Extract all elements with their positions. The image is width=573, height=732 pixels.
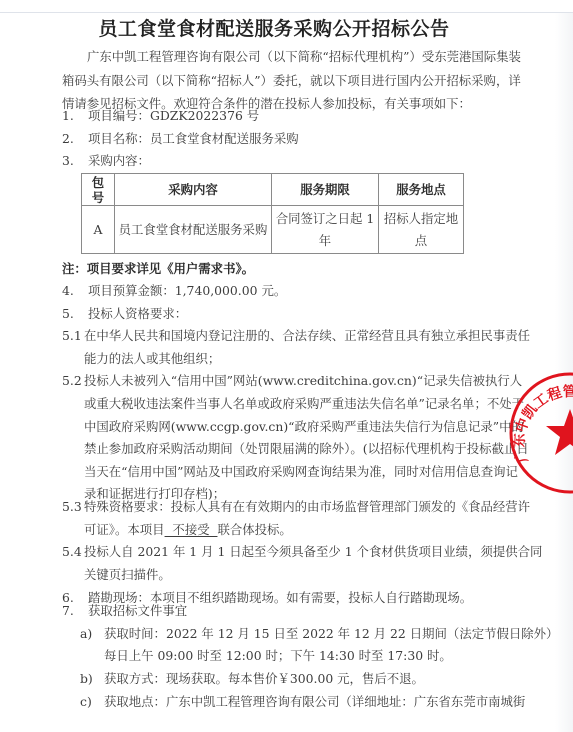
req-5-2-line-5: 当天在“信用中国”网站及中国政府采购网查询结果为准，同时对信用信息查询记 — [84, 463, 518, 481]
req-5-2-line-1: 投标人未被列入“信用中国”网站(www.creditchina.gov.cn)“… — [84, 372, 522, 390]
obtain-time-line-2: 每日上午 09:00 时至 12:00 时；下午 14:30 时至 17:30 … — [104, 647, 452, 665]
document-title: 员工食堂食材配送服务采购公开招标公告 — [0, 14, 548, 41]
req-5-2-line-3: 中国政府采购网(www.ccgp.gov.cn)“政府采购严重违法失信行为信息记… — [84, 418, 524, 436]
header-package-no: 包 号 — [82, 174, 115, 206]
cell-location: 招标人指定地 点 — [379, 206, 464, 254]
item-number: 4. — [62, 282, 74, 300]
item-number: 7. — [62, 602, 74, 620]
intro-line-2: 箱码头有限公司（以下简称“招标人”）委托，就以下项目进行国内公开招标采购，详 — [62, 72, 521, 90]
company-seal-icon: 广东中凯工程管理咨 — [508, 371, 573, 495]
item-number: 5. — [62, 305, 74, 323]
obtain-time-line-1: 获取时间：2022 年 12 月 15 日至 2022 年 12 月 22 日期… — [104, 625, 558, 643]
item-number: 3. — [62, 152, 74, 170]
req-5-4-line-1: 投标人自 2021 年 1 月 1 日起至今须具备至少 1 个食材供货项目业绩，… — [84, 543, 542, 561]
req-5-3-line-1: 特殊资格要求：投标人具有在有效期内的由市场监督管理部门颁发的《食品经营许 — [84, 498, 530, 516]
header-content: 采购内容 — [115, 174, 272, 206]
seal-text: 广东中凯工程管理咨 — [511, 383, 573, 465]
procurement-content-label: 采购内容： — [88, 152, 150, 170]
req-5-3-prefix: 可证》。本项目 — [84, 522, 165, 537]
clause-number: 5.2 — [62, 372, 82, 390]
obtain-docs-heading: 获取招标文件事宜 — [88, 602, 187, 620]
cell-location-line2: 点 — [415, 233, 427, 248]
project-number: 项目编号：GDZK2022376 号 — [88, 107, 259, 125]
obtain-method: 获取方式：现场获取。每本售价￥300.00 元，售后不退。 — [104, 670, 424, 688]
cell-package-no: A — [82, 206, 115, 254]
clause-number: 5.3 — [62, 498, 82, 516]
sub-label: c) — [80, 693, 92, 711]
req-5-2-line-4: 禁止参加政府采购活动期间（处罚限届满的除外）。(以招标代理机构于投标截止日 — [84, 440, 529, 458]
budget-amount: 项目预算金额：1,740,000.00 元。 — [88, 282, 286, 300]
svg-text:广东中凯工程管理咨: 广东中凯工程管理咨 — [511, 383, 573, 465]
cell-period: 合同签订之日起 1 年 — [272, 206, 379, 254]
consortium-acceptance: 不接受 — [165, 522, 218, 537]
header-package-no-line1: 包 — [92, 175, 104, 190]
requirements-note: 注：项目要求详见《用户需求书》。 — [62, 260, 254, 278]
item-number: 1. — [62, 107, 74, 125]
project-name: 项目名称：员工食堂食材配送服务采购 — [88, 130, 299, 148]
clause-number: 5.1 — [62, 327, 82, 345]
header-location: 服务地点 — [379, 174, 464, 206]
table-header-row: 包 号 采购内容 服务期限 服务地点 — [82, 174, 464, 206]
sub-label: b) — [80, 670, 93, 688]
table-row: A 员工食堂食材配送服务采购 合同签订之日起 1 年 招标人指定地 点 — [82, 206, 464, 254]
req-5-4-line-2: 关键页扫描件。 — [84, 566, 171, 584]
req-5-1-line-2: 能力的法人或其他组织； — [84, 350, 220, 368]
cell-content: 员工食堂食材配送服务采购 — [115, 206, 272, 254]
procurement-table: 包 号 采购内容 服务期限 服务地点 A 员工食堂食材配送服务采购 合同签订之日… — [81, 173, 464, 254]
page-top-rule — [0, 12, 573, 13]
cell-period-line1: 合同签订之日起 1 — [276, 211, 375, 226]
clause-number: 5.4 — [62, 543, 82, 561]
cell-period-line2: 年 — [319, 233, 331, 248]
obtain-location: 获取地点：广东中凯工程管理咨询有限公司（详细地址：广东省东莞市南城街 — [104, 693, 525, 711]
intro-line-1: 广东中凯工程管理咨询有限公司（以下简称“招标代理机构”）受东莞港国际集装 — [87, 48, 521, 66]
req-5-2-line-2: 或重大税收违法案件当事人名单或政府采购严重违法失信名单”记录名单；不处于 — [84, 395, 524, 413]
qualification-heading: 投标人资格要求： — [88, 305, 187, 323]
header-package-no-line2: 号 — [92, 190, 104, 205]
sub-label: a) — [80, 625, 92, 643]
req-5-3-line-2: 可证》。本项目 不接受 联合体投标。 — [84, 521, 292, 539]
header-period: 服务期限 — [272, 174, 379, 206]
item-number: 2. — [62, 130, 74, 148]
cell-location-line1: 招标人指定地 — [384, 211, 458, 226]
req-5-1-line-1: 在中华人民共和国境内登记注册的、合法存续、正常经营且具有独立承担民事责任 — [84, 327, 530, 345]
req-5-3-suffix: 联合体投标。 — [217, 522, 291, 537]
